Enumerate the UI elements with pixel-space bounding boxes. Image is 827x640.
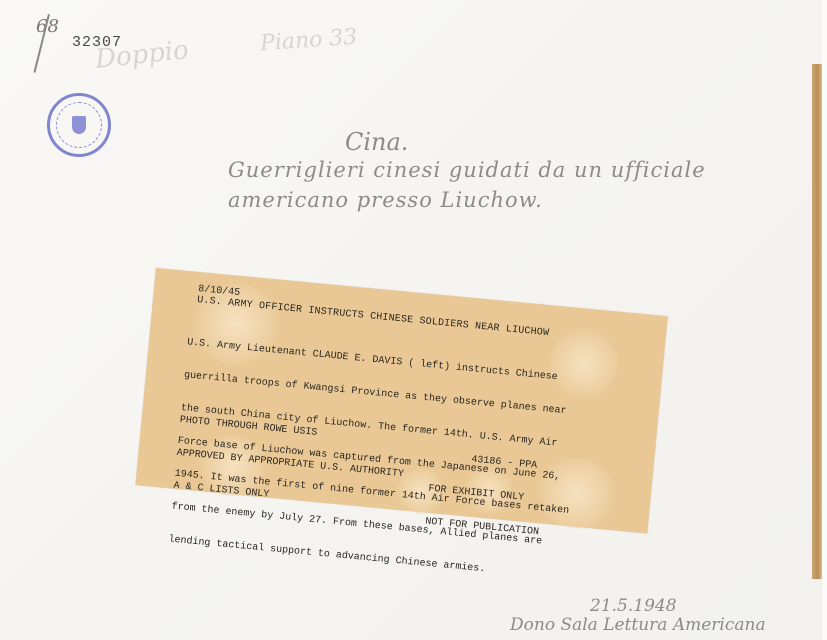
- photo-edge-strip: [812, 64, 822, 579]
- bottom-donation-note: Dono Sala Lettura Americana: [510, 615, 766, 635]
- reference-line: NOT FOR PUBLICATION: [425, 516, 540, 538]
- handwritten-caption-line: Guerriglieri cinesi guidati da un uffici…: [228, 158, 706, 182]
- credit-line: PHOTO THROUGH ROWE USIS: [179, 415, 407, 447]
- stamp-inner-ring: [56, 102, 102, 148]
- reference-number: 43186 - PPA: [431, 451, 546, 473]
- faint-pencil-note: Piano 33: [259, 25, 358, 57]
- bottom-date-note: 21.5.1948: [590, 596, 677, 616]
- caption-credit: PHOTO THROUGH ROWE USIS APPROVED BY APPR…: [171, 393, 409, 535]
- reference-line: FOR EXHIBIT ONLY: [428, 484, 543, 506]
- shield-icon: [72, 116, 86, 134]
- photo-verso-sheet: 68 32307 Doppio Piano 33 Cina. Guerrigli…: [0, 0, 827, 640]
- handwritten-title: Cina.: [345, 128, 408, 156]
- credit-line: A & C LISTS ONLY: [173, 481, 401, 513]
- caption-reference: 43186 - PPA FOR EXHIBIT ONLY NOT FOR PUB…: [423, 429, 548, 560]
- page-margin: [822, 0, 827, 640]
- credit-line: APPROVED BY APPROPRIATE U.S. AUTHORITY: [176, 448, 404, 480]
- institution-stamp: [47, 93, 111, 157]
- handwritten-caption-line: americano presso Liuchow.: [228, 188, 543, 212]
- press-caption-clipping: 8/10/45 U.S. ARMY OFFICER INSTRUCTS CHIN…: [135, 268, 667, 533]
